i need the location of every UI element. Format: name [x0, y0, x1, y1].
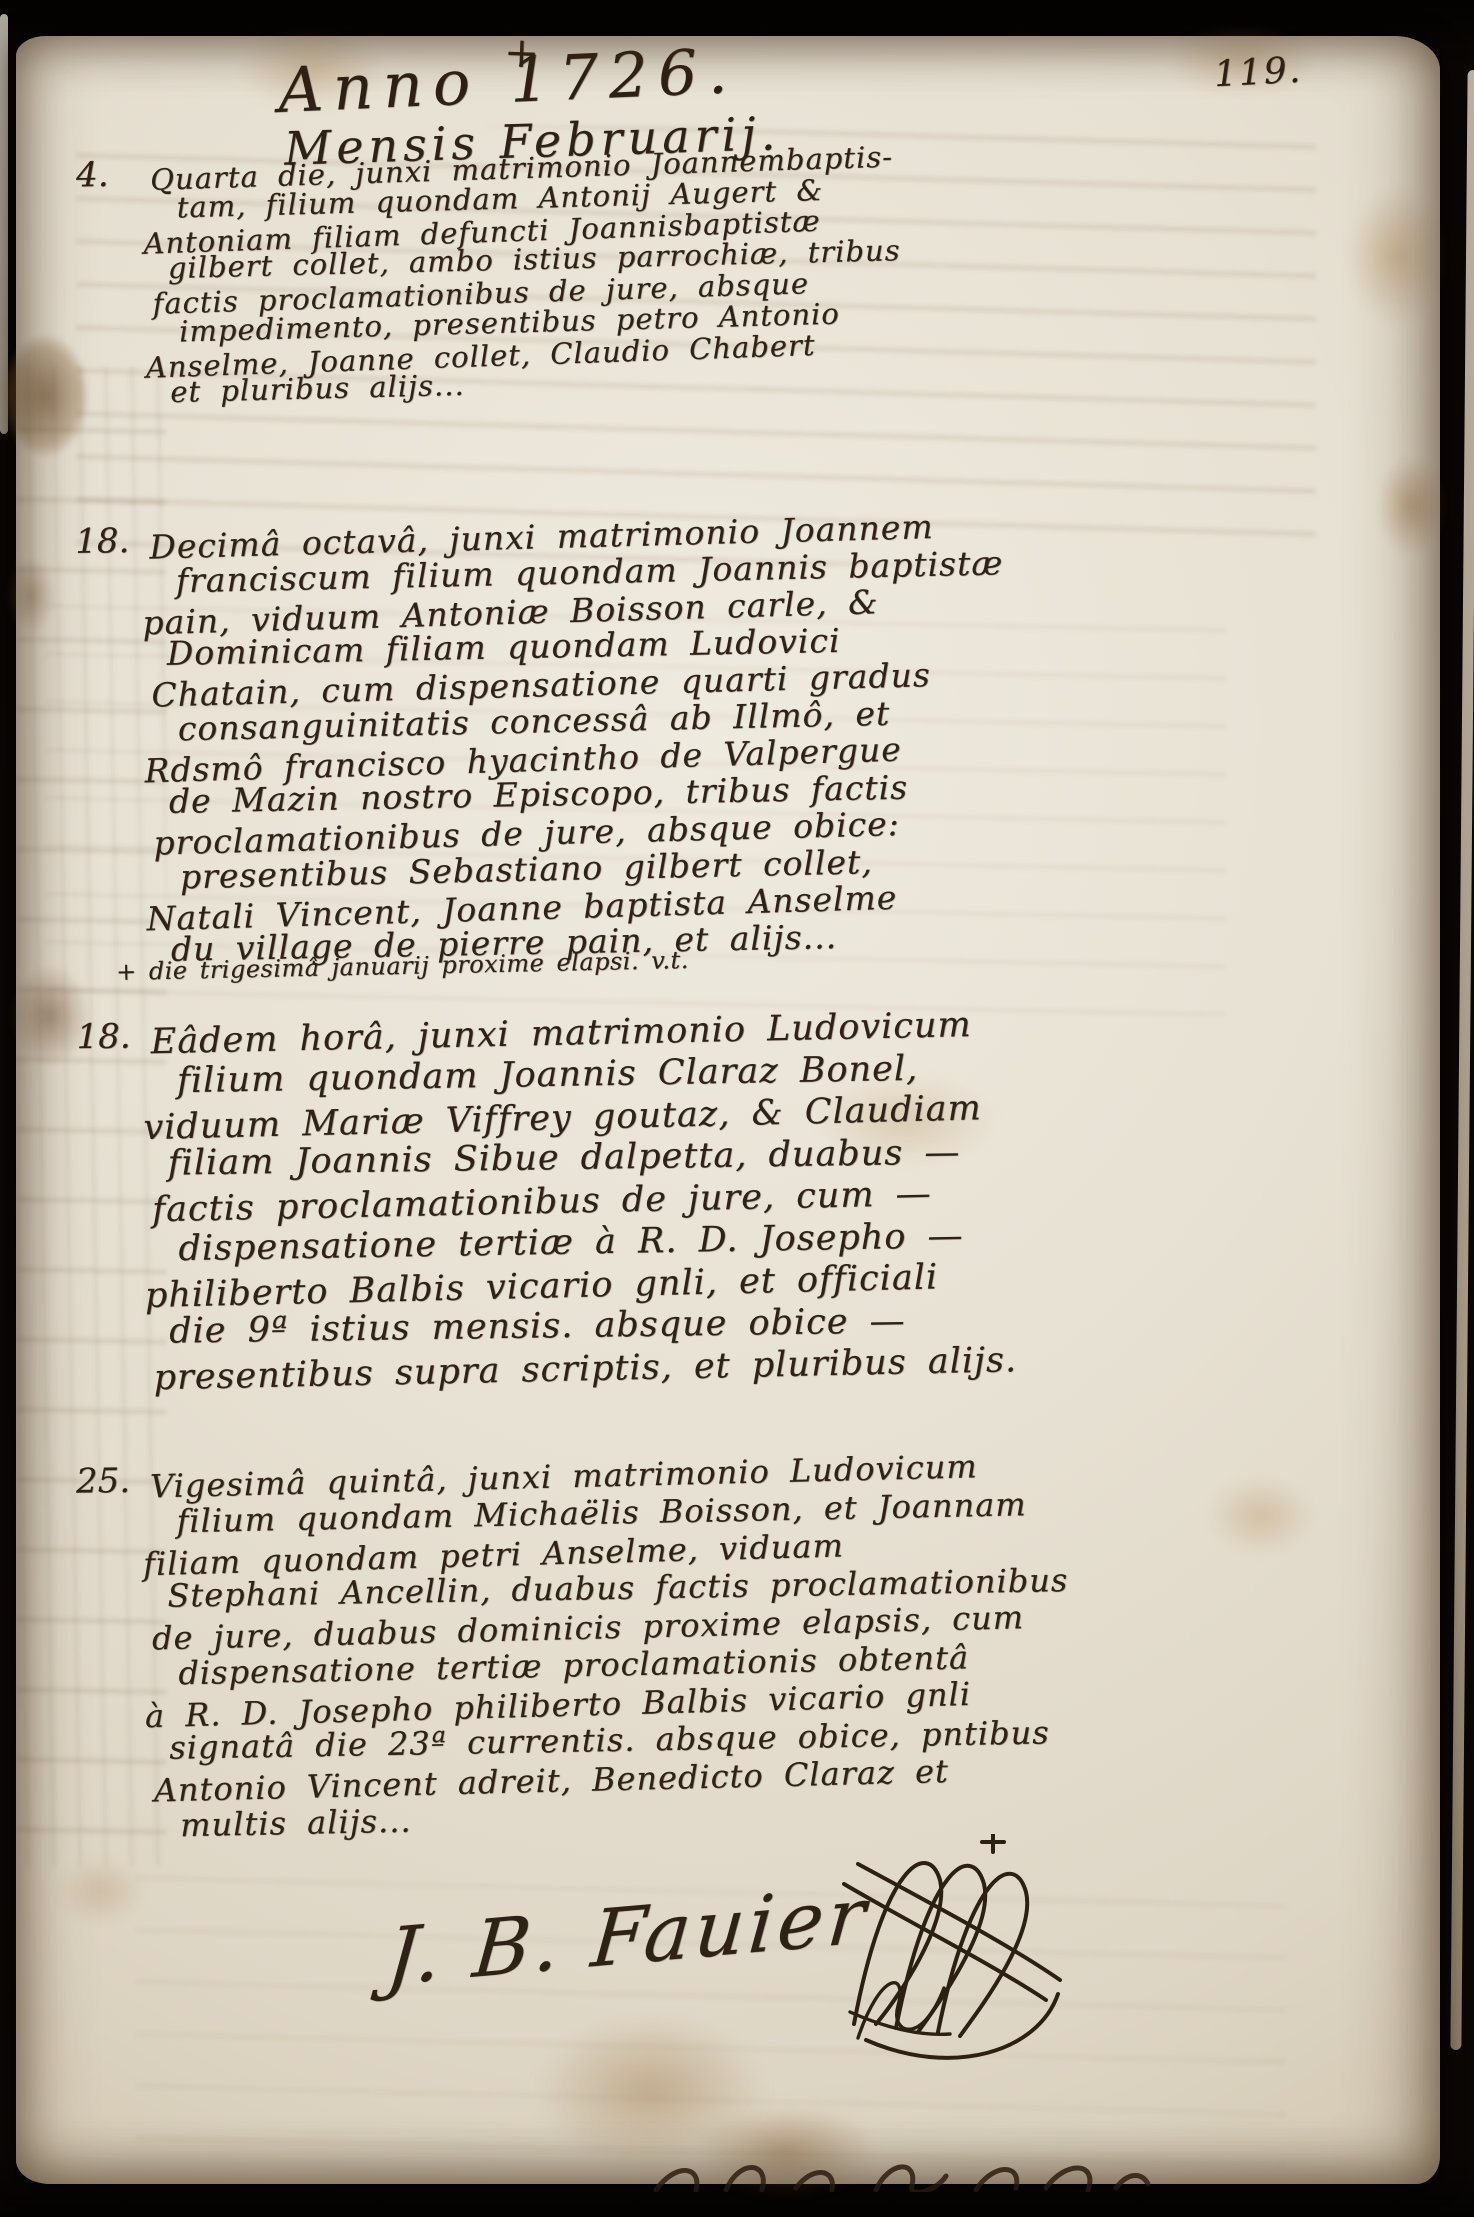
binding-edge: [0, 14, 8, 434]
priest-signature: J. B. Fauier: [346, 1844, 1146, 2104]
entry-text: Vigesimâ quintâ, junxi matrimonio Ludovi…: [138, 1444, 1428, 1840]
age-stain: [56, 1856, 146, 1926]
cutoff-writing: [636, 2132, 1156, 2192]
scanned-page: 119. + Anno 1726. Mensis Februarij. 4. Q…: [0, 0, 1474, 2217]
entry-day-number: 25.: [76, 1462, 131, 1501]
register-entry-3: 18. Eâdem horâ, junxi matrimonio Ludovic…: [138, 1002, 1426, 1391]
entry-text: Eâdem horâ, junxi matrimonio Ludovicum f…: [138, 1002, 1426, 1391]
signature-flourish-icon: [846, 1962, 956, 2062]
entry-day-number: 18.: [75, 523, 130, 561]
entry-day-number: 18.: [76, 1016, 130, 1058]
signature-name: J. B. Fauier: [383, 1870, 873, 2003]
entry-text: Decimâ octavâ, junxi matrimonio Joannem …: [137, 503, 1428, 965]
register-entry-1: 4. Quarta die, junxi matrimonio Joannemb…: [138, 133, 1428, 406]
register-entry-4: 25. Vigesimâ quintâ, junxi matrimonio Lu…: [138, 1444, 1428, 1840]
page-number: 119.: [1213, 50, 1303, 96]
age-stain: [6, 556, 56, 636]
ink-stain: [2, 336, 88, 456]
underlying-page-edge: [1450, 70, 1474, 2050]
manuscript-paper: 119. + Anno 1726. Mensis Februarij. 4. Q…: [16, 36, 1440, 2184]
entry-text: Quarta die, junxi matrimonio Joannembapt…: [138, 133, 1428, 406]
register-entry-2: 18. Decimâ octavâ, junxi matrimonio Joan…: [137, 503, 1428, 965]
entry-day-number: 4.: [76, 160, 109, 192]
